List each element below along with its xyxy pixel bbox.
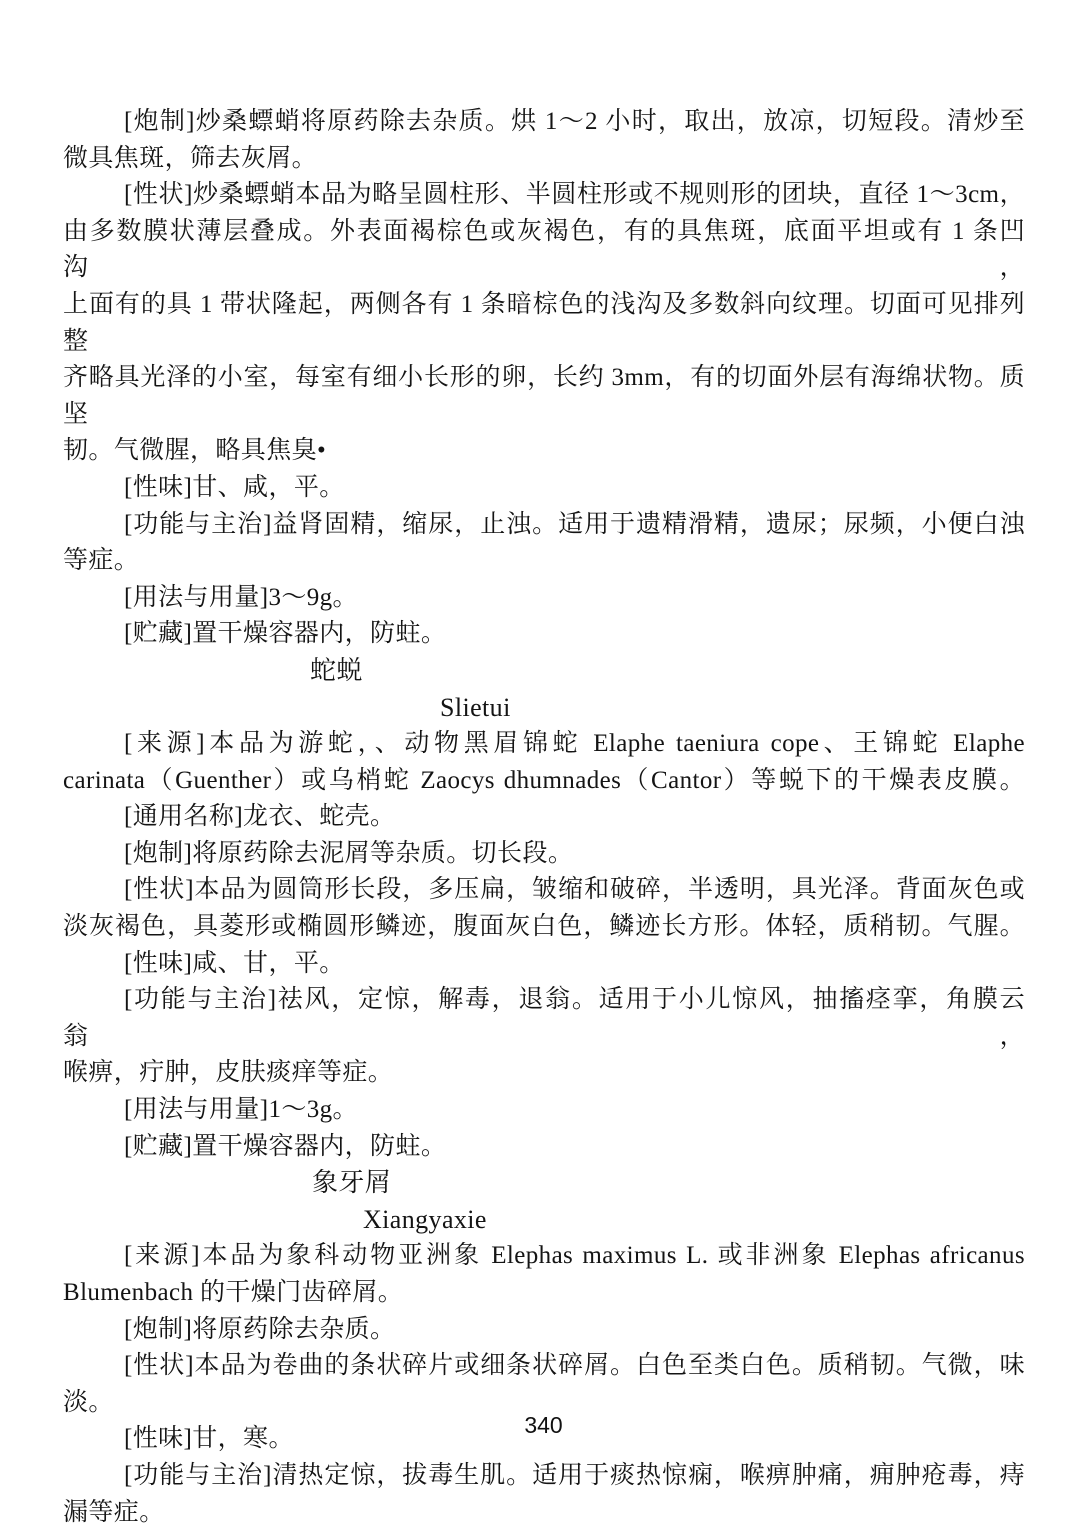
text-line: carinata（Guenther）或乌梢蛇 Zaocys dhumnades（…: [63, 763, 1025, 800]
text-line: [贮藏]置干燥容器内，防蛀。: [63, 1129, 1025, 1166]
text-line: 漏等症。: [63, 1495, 1025, 1532]
text-line: [通用名称]龙衣、蛇壳。: [63, 799, 1025, 836]
text-line: 韧。气微腥，略具焦臭•: [63, 433, 1025, 470]
section-chao-sangpiaoxiao: [炮制]炒桑螵蛸将原药除去杂质。烘 1～2 小时，取出，放凉，切短段。清炒至 微…: [63, 104, 1025, 653]
section-shetui: 蛇蜕 Slietui [来源]本品为游蛇，、动物黑眉锦蛇 Elaphe taen…: [63, 653, 1025, 1165]
text-line: [性状]本品为卷曲的条状碎片或细条状碎屑。白色至类白色。质稍韧。气微，味: [63, 1348, 1025, 1385]
document-page: [炮制]炒桑螵蛸将原药除去杂质。烘 1～2 小时，取出，放凉，切短段。清炒至 微…: [0, 0, 1087, 1536]
text-line: [炮制]将原药除去泥屑等杂质。切长段。: [63, 836, 1025, 873]
monograph-title-chinese: 蛇蜕: [63, 653, 1025, 690]
text-line: 上面有的具 1 带状隆起，两侧各有 1 条暗棕色的浅沟及多数斜向纹理。切面可见排…: [63, 287, 1025, 360]
text-line: [功能与主治]祛风，定惊，解毒，退翁。适用于小儿惊风，抽搐痉挛，角膜云翁，: [63, 982, 1025, 1055]
text-line: [炮制]将原药除去杂质。: [63, 1312, 1025, 1349]
text-line: 齐略具光泽的小室，每室有细小长形的卵，长约 3mm，有的切面外层有海绵状物。质坚: [63, 360, 1025, 433]
text-line: Blumenbach 的干燥门齿碎屑。: [63, 1275, 1025, 1312]
text-line: [性状]本品为圆筒形长段，多压扁，皱缩和破碎，半透明，具光泽。背面灰色或: [63, 872, 1025, 909]
text-line: 由多数膜状薄层叠成。外表面褐棕色或灰褐色，有的具焦斑，底面平坦或有 1 条凹沟，: [63, 214, 1025, 287]
text-line: [炮制]炒桑螵蛸将原药除去杂质。烘 1～2 小时，取出，放凉，切短段。清炒至: [63, 104, 1025, 141]
text-line: 淡灰褐色，具菱形或椭圆形鳞迹，腹面灰白色，鳞迹长方形。体轻，质稍韧。气腥。: [63, 909, 1025, 946]
text-line: [用法与用量]3～9g。: [63, 580, 1025, 617]
text-line: [来源]本品为象科动物亚洲象 Elephas maximus L. 或非洲象 E…: [63, 1238, 1025, 1275]
text-line: [性味]咸、甘，平。: [63, 946, 1025, 983]
monograph-title-pinyin: Xiangyaxie: [63, 1202, 1025, 1239]
text-line: 等症。: [63, 543, 1025, 580]
monograph-title-chinese: 象牙屑: [63, 1165, 1025, 1202]
text-line: [功能与主治]益肾固精，缩尿，止浊。适用于遗精滑精，遗尿；尿频，小便白浊: [63, 507, 1025, 544]
text-line: [来源]本品为游蛇，、动物黑眉锦蛇 Elaphe taeniura cope、王…: [63, 726, 1025, 763]
monograph-title-pinyin: Slietui: [63, 690, 1025, 727]
page-body: [炮制]炒桑螵蛸将原药除去杂质。烘 1～2 小时，取出，放凉，切短段。清炒至 微…: [63, 104, 1025, 1531]
text-line: [功能与主治]清热定惊，拔毒生肌。适用于痰热惊痫，喉痹肿痛，痈肿疮毒，痔: [63, 1458, 1025, 1495]
page-number: 340: [0, 1412, 1087, 1439]
text-line: 微具焦斑，筛去灰屑。: [63, 141, 1025, 178]
text-line: [用法与用量]1～3g。: [63, 1092, 1025, 1129]
section-xiangyaxie: 象牙屑 Xiangyaxie [来源]本品为象科动物亚洲象 Elephas ma…: [63, 1165, 1025, 1531]
text-line: [性味]甘、咸，平。: [63, 470, 1025, 507]
text-line: [性状]炒桑螵蛸本品为略呈圆柱形、半圆柱形或不规则形的团块，直径 1～3cm，: [63, 177, 1025, 214]
text-line: [贮藏]置干燥容器内，防蛀。: [63, 616, 1025, 653]
text-line: 喉痹，疔肿，皮肤痰痒等症。: [63, 1055, 1025, 1092]
